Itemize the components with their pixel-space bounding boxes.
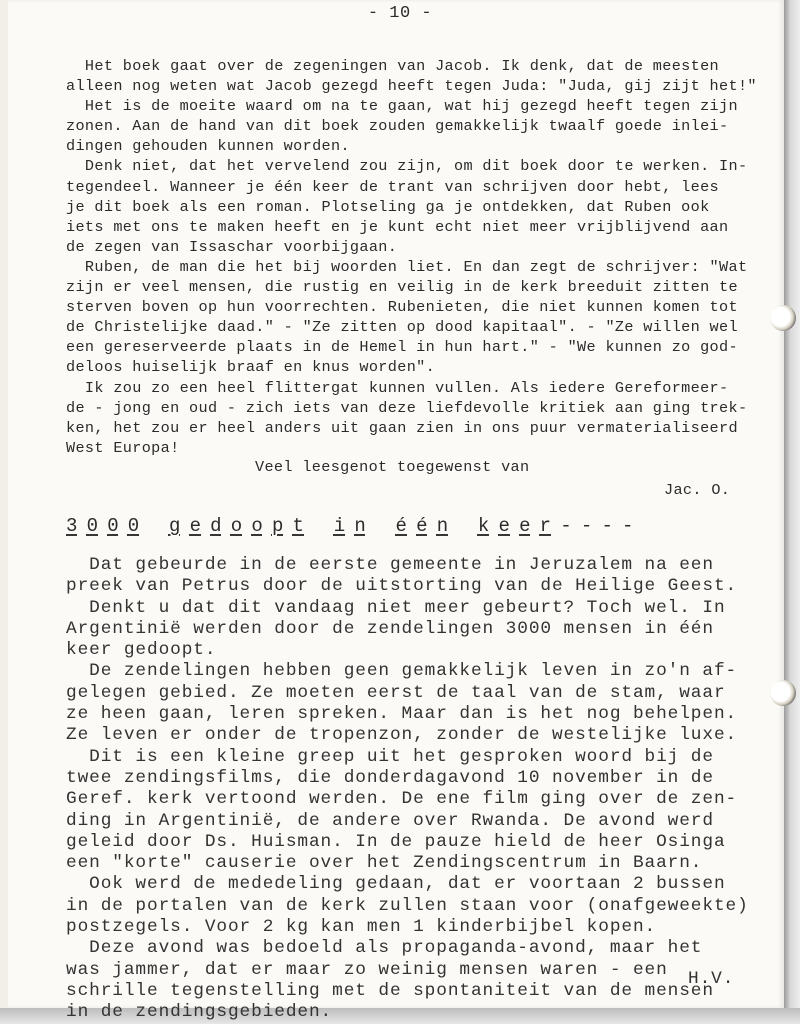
page-number: - 10 -: [0, 4, 800, 23]
closing-line: Veel leesgenot toegewenst van: [255, 458, 529, 476]
text-line: Geref. kerk vertoond werden. De ene film…: [66, 789, 786, 810]
heading-char: e: [519, 515, 540, 537]
text-line: zonen. Aan de hand van dit boek zouden g…: [66, 116, 786, 136]
heading-char: g: [169, 515, 190, 537]
heading-char: 0: [87, 515, 108, 537]
text-line: was jammer, dat er maar zo weinig mensen…: [66, 960, 786, 981]
text-line: Ze leven er onder de tropenzon, zonder d…: [66, 725, 786, 746]
text-line: keer gedoopt.: [66, 640, 786, 661]
text-line: Argentinië werden door de zendelingen 30…: [66, 619, 786, 640]
text-line: Het boek gaat over de zegeningen van Jac…: [66, 56, 786, 76]
heading-char: [313, 515, 334, 537]
text-line: alleen nog weten wat Jacob gezegd heeft …: [66, 76, 786, 96]
section-heading: 3000 gedoopt in één keer----: [66, 515, 643, 537]
text-line: De zendelingen hebben geen gemakkelijk l…: [66, 661, 786, 682]
heading-char: r: [540, 515, 561, 537]
text-line: deloos huiselijk braaf en knus worden".: [66, 357, 786, 377]
text-line: Denk niet, dat het vervelend zou zijn, o…: [66, 156, 786, 176]
text-line: sterven boven op hun voorrechten. Rubeni…: [66, 297, 786, 317]
text-line: Deze avond was bedoeld als propaganda-av…: [66, 938, 786, 959]
text-line: Denkt u dat dit vandaag niet meer gebeur…: [66, 598, 786, 619]
heading-char: p: [272, 515, 293, 537]
heading-char: é: [396, 515, 417, 537]
heading-char: k: [478, 515, 499, 537]
heading-char: n: [437, 515, 458, 537]
text-line: schrille tegenstelling met de spontanite…: [66, 981, 786, 1002]
text-line: preek van Petrus door de uitstorting van…: [66, 576, 786, 597]
text-line: de Christelijke daad." - "Ze zitten op d…: [66, 317, 786, 337]
text-line: West Europa!: [66, 438, 786, 458]
heading-char: [375, 515, 396, 537]
text-line: Dat gebeurde in de eerste gemeente in Je…: [66, 555, 786, 576]
text-line: zijn er veel mensen, die rustig en veili…: [66, 277, 786, 297]
text-line: in de portalen van de kerk zullen staan …: [66, 896, 786, 917]
text-line: Ruben, de man die het bij woorden liet. …: [66, 257, 786, 277]
heading-char: n: [354, 515, 375, 537]
heading-char: d: [210, 515, 231, 537]
heading-char: 0: [128, 515, 149, 537]
text-line: postzegels. Voor 2 kg kan men 1 kinderbi…: [66, 917, 786, 938]
mission-report-section: Dat gebeurde in de eerste gemeente in Je…: [66, 555, 786, 1024]
heading-char: o: [231, 515, 252, 537]
text-line: ze heen gaan, leren spreken. Maar dan is…: [66, 704, 786, 725]
text-line: in de zendingsgebieden.: [66, 1002, 786, 1023]
signature-hv: H.V.: [688, 969, 734, 989]
text-line: de zegen van Issaschar voorbijgaan.: [66, 237, 786, 257]
text-line: Het is de moeite waard om na te gaan, wa…: [66, 96, 786, 116]
heading-char: t: [293, 515, 314, 537]
heading-char: é: [416, 515, 437, 537]
heading-char: e: [190, 515, 211, 537]
text-line: de - jong en oud - zich iets van deze li…: [66, 398, 786, 418]
heading-char: -: [560, 515, 581, 537]
heading-char: [457, 515, 478, 537]
text-line: dingen gehouden kunnen worden.: [66, 136, 786, 156]
heading-char: -: [622, 515, 643, 537]
text-line: Ook werd de mededeling gedaan, dat er vo…: [66, 874, 786, 895]
heading-char: i: [334, 515, 355, 537]
text-line: twee zendingsfilms, die donderdagavond 1…: [66, 768, 786, 789]
heading-char: e: [498, 515, 519, 537]
heading-char: -: [581, 515, 602, 537]
text-line: tegendeel. Wanneer je één keer de trant …: [66, 177, 786, 197]
heading-char: o: [251, 515, 272, 537]
page-edge-shadow: [784, 0, 800, 1024]
text-line: iets met ons te maken heeft en je kunt e…: [66, 217, 786, 237]
heading-char: -: [601, 515, 622, 537]
text-line: ding in Argentinië, de andere over Rwand…: [66, 811, 786, 832]
text-line: geleid door Ds. Huisman. In de pauze hie…: [66, 832, 786, 853]
heading-char: 3: [66, 515, 87, 537]
text-line: een gereserveerde plaats in de Hemel in …: [66, 337, 786, 357]
text-line: je dit boek als een roman. Plotseling ga…: [66, 197, 786, 217]
heading-char: [148, 515, 169, 537]
text-line: Dit is een kleine greep uit het gesproke…: [66, 747, 786, 768]
signature-jac-o: Jac. O.: [664, 481, 730, 499]
text-line: een "korte" causerie over het Zendingsce…: [66, 853, 786, 874]
text-line: Ik zou zo een heel flittergat kunnen vul…: [66, 378, 786, 398]
text-line: ken, het zou er heel anders uit gaan zie…: [66, 418, 786, 438]
book-review-section: Het boek gaat over de zegeningen van Jac…: [66, 56, 786, 458]
text-line: gelegen gebied. Ze moeten eerst de taal …: [66, 683, 786, 704]
heading-char: 0: [107, 515, 128, 537]
